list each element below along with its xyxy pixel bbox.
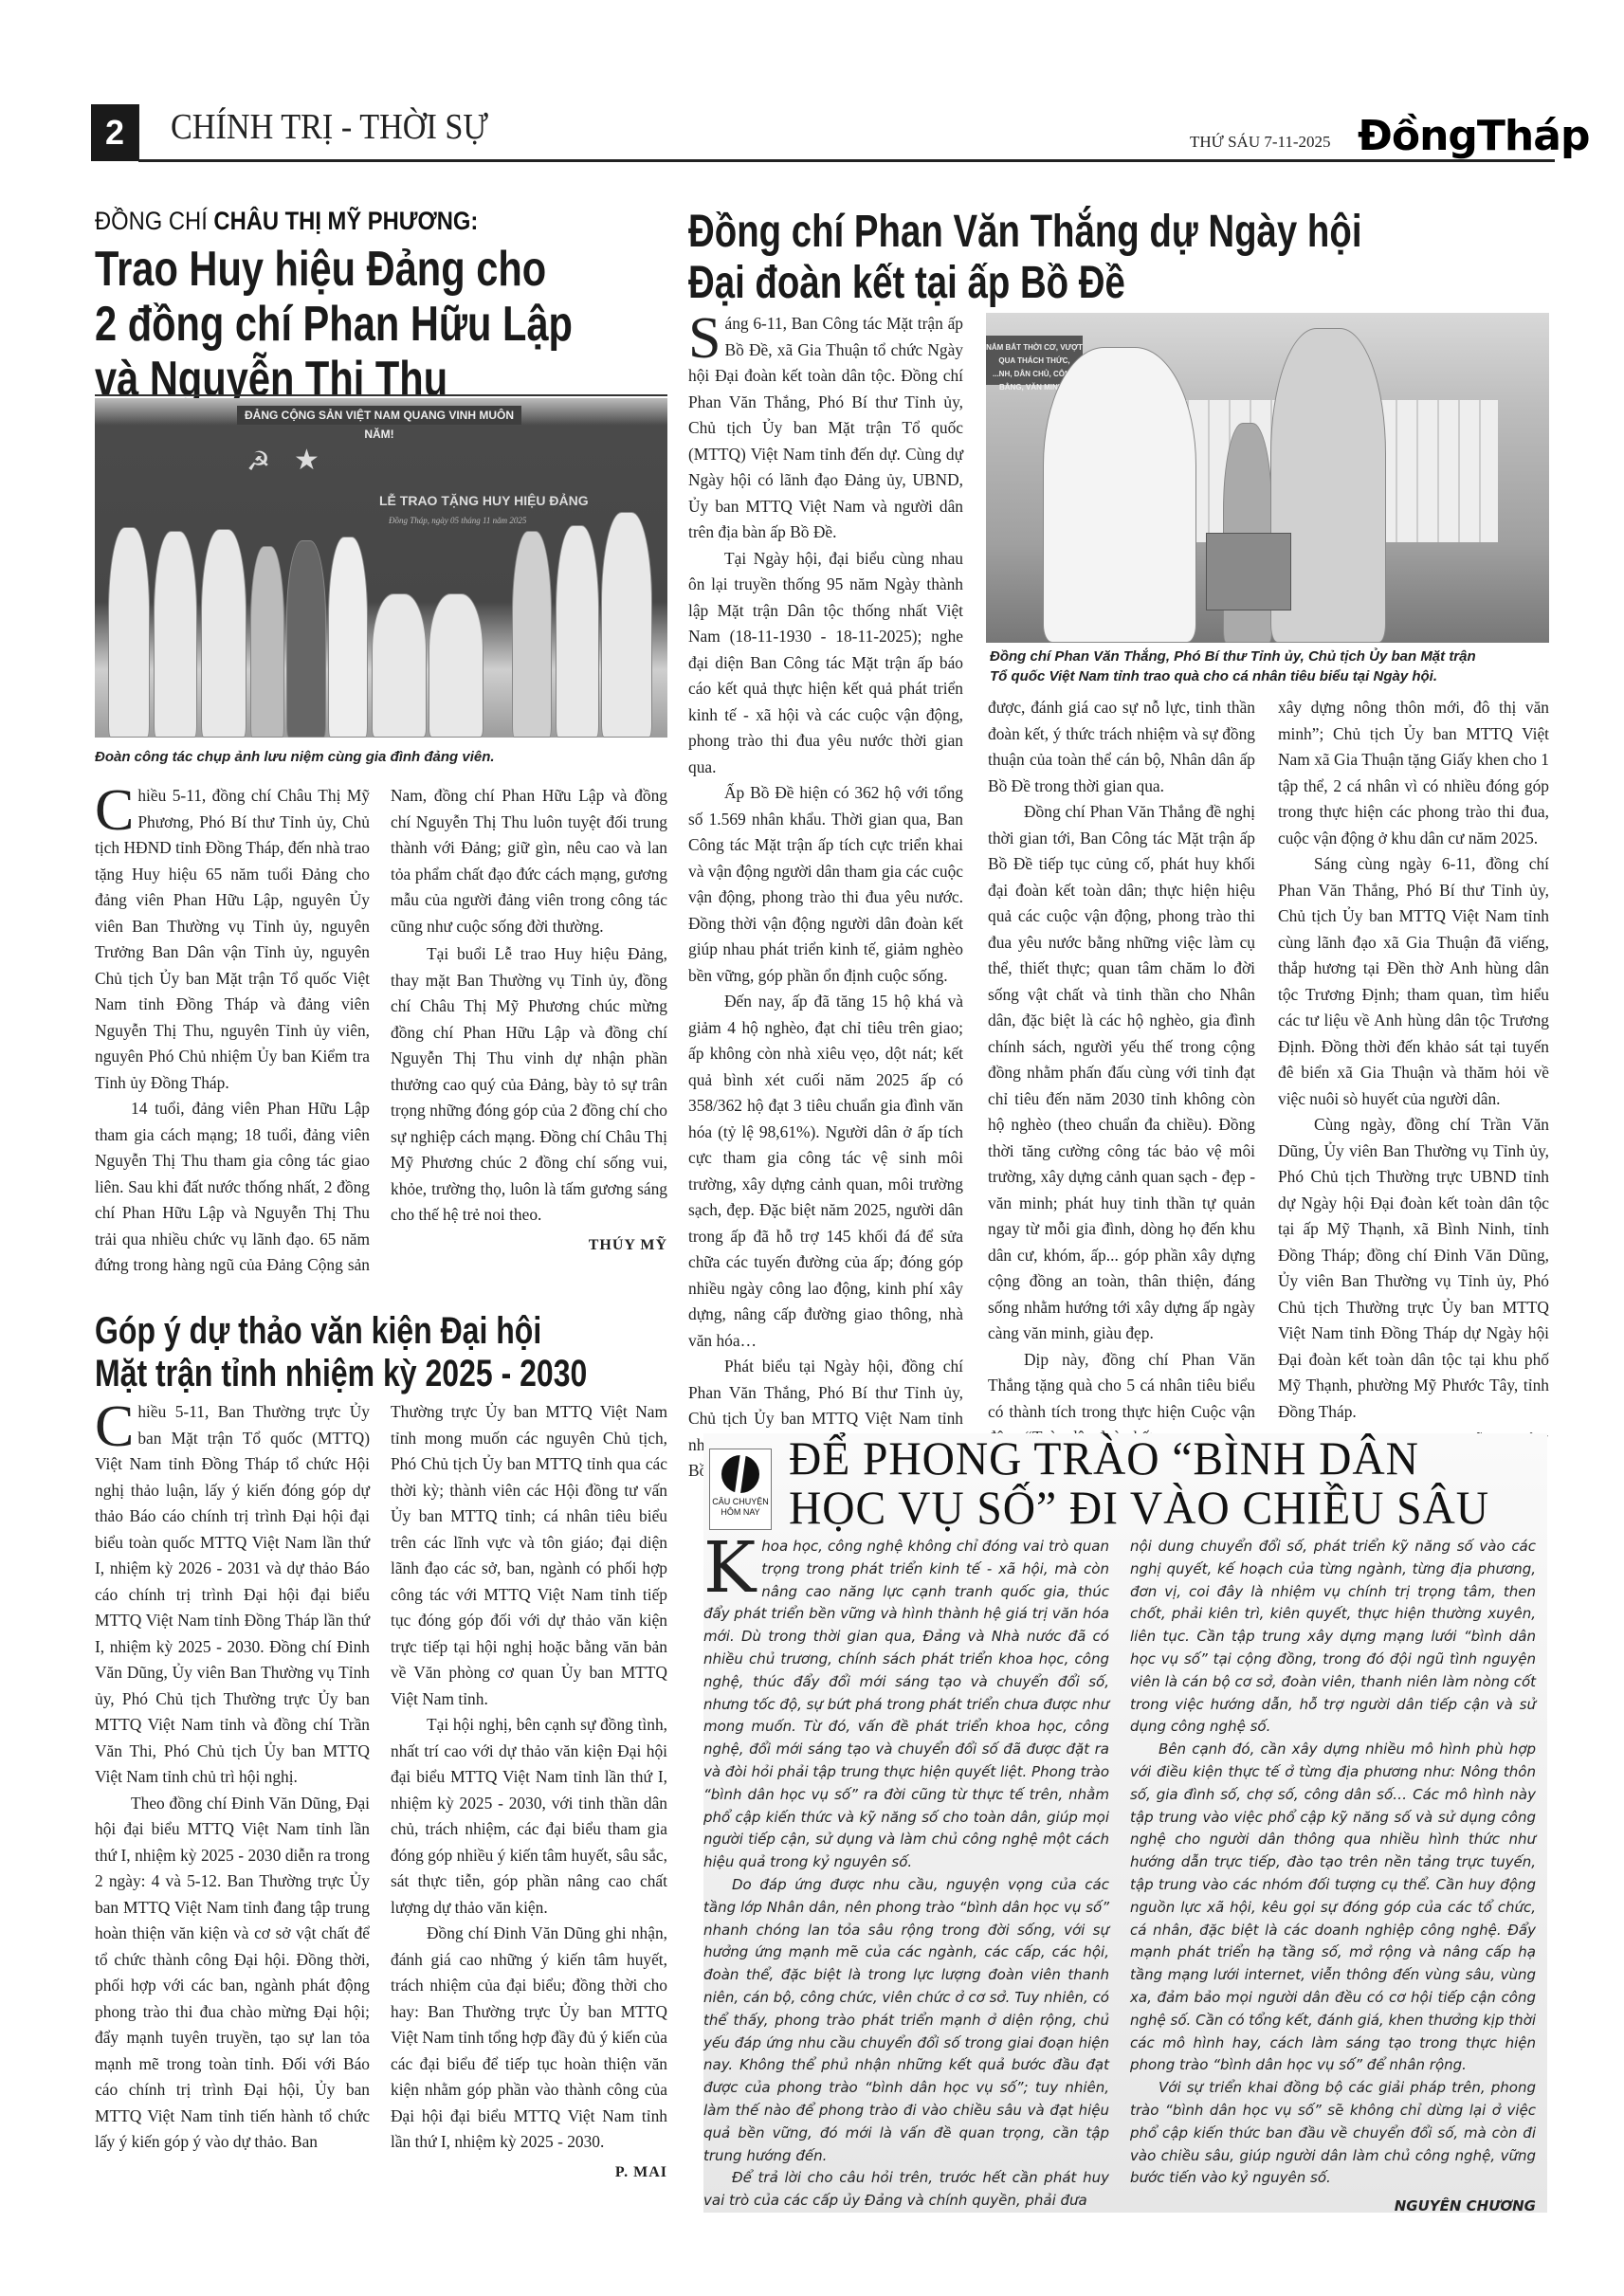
drop-cap: K <box>703 1538 756 1598</box>
paragraph: 14 tuổi, đảng viên Phan Hữu Lập tham gia… <box>95 1096 370 1276</box>
byline: THÚY MỸ <box>391 1232 667 1259</box>
paragraph-continued: Nam, đồng chí Phan Hữu Lập và đồng chí N… <box>391 783 667 941</box>
headline-line: HỌC VỤ SỐ” ĐI VÀO CHIỀU SÂU <box>789 1483 1489 1532</box>
header-divider <box>138 104 139 161</box>
star-icon: ★ <box>294 444 319 477</box>
paragraph: Đến nay, ấp đã tăng 15 hộ khá và giảm 4 … <box>688 989 963 1354</box>
header-rule <box>138 159 1555 162</box>
photo-banner: ĐẢNG CỘNG SẢN VIỆT NAM QUANG VINH MUÔN N… <box>237 406 521 425</box>
paragraph: Do đáp ứng được nhu cầu, nguyện vọng của… <box>703 1874 1109 2167</box>
person-figure <box>372 593 427 738</box>
paragraph: Bên cạnh đó, cần xây dựng nhiều mô hình … <box>1130 1739 1536 2077</box>
caption-line: Tổ quốc Việt Nam tỉnh trao quà cho cá nh… <box>990 666 1476 686</box>
article1-headline[interactable]: Trao Huy hiệu Đảng cho 2 đồng chí Phan H… <box>95 242 573 408</box>
headline-line: 2 đồng chí Phan Hữu Lập <box>95 297 573 352</box>
person-figure <box>429 593 484 738</box>
article2-photo[interactable]: NẮM BẮT THỜI CƠ, VƯỢT QUA THÁCH THỨC, ..… <box>986 313 1549 643</box>
headline-line: Trao Huy hiệu Đảng cho <box>95 242 573 297</box>
masthead-logo: ĐồngTháp <box>1358 112 1589 160</box>
article1-photo[interactable]: ĐẢNG CỘNG SẢN VIỆT NAM QUANG VINH MUÔN N… <box>95 398 667 738</box>
person-figure <box>601 512 652 738</box>
article1-column-2: Nam, đồng chí Phan Hữu Lập và đồng chí N… <box>391 783 667 1258</box>
article2-headline[interactable]: Đồng chí Phan Văn Thắng dự Ngày hội Đại … <box>688 207 1362 309</box>
person-figure <box>286 540 326 738</box>
person-figure <box>108 527 150 738</box>
paragraph: áng 6-11, Ban Công tác Mặt trận ấp Bồ Đề… <box>688 314 963 541</box>
logo-label-line: CÂU CHUYỆN <box>710 1497 771 1507</box>
paragraph: nội dung chuyển đổi số, phát triển kỹ nă… <box>1130 1536 1536 1739</box>
byline: P. MAI <box>391 2159 667 2186</box>
drop-cap: S <box>688 315 721 362</box>
paragraph: Để trả lời cho câu hỏi trên, trước hết c… <box>703 2167 1109 2213</box>
person-figure <box>250 546 284 738</box>
headline-line: Đại đoàn kết tại ấp Bồ Đề <box>688 258 1362 309</box>
article3-column-2: Thường trực Ủy ban MTTQ Việt Nam tỉnh mo… <box>391 1399 667 2185</box>
paragraph: xây dựng nông thôn mới, đô thị văn minh”… <box>1278 695 1549 851</box>
backdrop-date: Đồng Tháp, ngày 05 tháng 11 năm 2025 <box>389 516 526 525</box>
cau-chuyen-hom-nay-logo: CÂU CHUYỆN HÔM NAY <box>709 1449 772 1530</box>
paragraph: hoa học, công nghệ không chỉ đóng vai tr… <box>703 1538 1109 1870</box>
article4-column-2: nội dung chuyển đổi số, phát triển kỹ nă… <box>1130 1536 1536 2218</box>
person-figure <box>154 531 197 738</box>
headline-line: Mặt trận tỉnh nhiệm kỳ 2025 - 2030 <box>95 1353 587 1395</box>
paragraph: Ấp Bồ Đề hiện có 362 hộ với tổng số 1.56… <box>688 780 963 989</box>
article2-caption: Đồng chí Phan Văn Thắng, Phó Bí thư Tỉnh… <box>990 647 1476 686</box>
article3-column-1: Chiều 5-11, Ban Thường trực Ủy ban Mặt t… <box>95 1399 370 2156</box>
paragraph: Thường trực Ủy ban MTTQ Việt Nam tỉnh mo… <box>391 1399 667 1712</box>
logo-label: CÂU CHUYỆN HÔM NAY <box>710 1497 771 1518</box>
article1-caption: Đoàn công tác chụp ảnh lưu niệm cùng gia… <box>95 749 495 765</box>
article1-kicker: ĐỒNG CHÍ CHÂU THỊ MỸ PHƯƠNG: <box>95 207 478 236</box>
paragraph: Tại hội nghị, bên cạnh sự đồng tình, nhấ… <box>391 1712 667 1921</box>
paragraph: Sáng cùng ngày 6-11, đồng chí Phan Văn T… <box>1278 851 1549 1112</box>
paragraph: Tại buổi Lễ trao Huy hiệu Đảng, thay mặt… <box>391 941 667 1229</box>
byline: NGUYÊN CHƯƠNG <box>1130 2196 1536 2218</box>
paragraph: hiều 5-11, Ban Thường trực Ủy ban Mặt tr… <box>95 1402 370 1786</box>
page-number: 2 <box>91 104 138 161</box>
headline-line: Đồng chí Phan Văn Thắng dự Ngày hội <box>688 207 1362 258</box>
headline-line: ĐỂ PHONG TRÀO “BÌNH DÂN <box>789 1433 1489 1483</box>
backdrop-title: LỄ TRAO TẶNG HUY HIỆU ĐẢNG <box>379 493 589 508</box>
article4-headline[interactable]: ĐỂ PHONG TRÀO “BÌNH DÂN HỌC VỤ SỐ” ĐI VÀ… <box>789 1433 1489 1532</box>
paragraph: Tại Ngày hội, đại biểu cùng nhau ôn lại … <box>688 546 963 781</box>
official-figure <box>1043 347 1196 643</box>
drop-cap: C <box>95 1403 134 1450</box>
banner-line: NẮM BẮT THỜI CƠ, VƯỢT QUA THÁCH THỨC, <box>986 341 1083 368</box>
section-title: CHÍNH TRỊ - THỜI SỰ <box>171 106 488 148</box>
gift-box <box>1206 533 1291 610</box>
globe-pen-icon <box>721 1455 759 1493</box>
issue-date: THỨ SÁU 7-11-2025 <box>1190 133 1331 152</box>
headline-rule <box>95 394 667 396</box>
paragraph: được, đánh giá cao sự nỗ lực, tinh thần … <box>988 695 1255 799</box>
paragraph: Cùng ngày, đồng chí Trần Văn Dũng, Ủy vi… <box>1278 1112 1549 1425</box>
paragraph: Đồng chí Phan Văn Thắng đề nghị thời gia… <box>988 799 1255 1347</box>
article4-column-1: Khoa học, công nghệ không chỉ đóng vai t… <box>703 1536 1109 2213</box>
article3-headline[interactable]: Góp ý dự thảo văn kiện Đại hội Mặt trận … <box>95 1310 587 1395</box>
paragraph: Đồng chí Đinh Văn Dũng ghi nhận, đánh gi… <box>391 1921 667 2156</box>
hammer-sickle-icon: ☭ <box>246 446 270 478</box>
kicker-prefix: ĐỒNG CHÍ <box>95 207 208 235</box>
kicker-name: CHÂU THỊ MỸ PHƯƠNG: <box>213 207 478 235</box>
caption-line: Đồng chí Phan Văn Thắng, Phó Bí thư Tỉnh… <box>990 647 1476 666</box>
person-figure <box>201 529 246 738</box>
article2-column-2: được, đánh giá cao sự nỗ lực, tinh thần … <box>988 695 1255 1451</box>
article2-column-1: Sáng 6-11, Ban Công tác Mặt trận ấp Bồ Đ… <box>688 311 963 1485</box>
paragraph: Theo đồng chí Đinh Văn Dũng, Đại hội đại… <box>95 1791 370 2156</box>
paragraph: hiều 5-11, đồng chí Châu Thị Mỹ Phương, … <box>95 786 370 1092</box>
article2-column-3: xây dựng nông thôn mới, đô thị văn minh”… <box>1278 695 1549 1455</box>
logo-label-line: HÔM NAY <box>710 1507 771 1518</box>
article1-column-1: Chiều 5-11, đồng chí Châu Thị Mỹ Phương,… <box>95 783 370 1096</box>
person-figure <box>328 537 368 738</box>
article1-column-1b: 14 tuổi, đảng viên Phan Hữu Lập tham gia… <box>95 1096 370 1276</box>
drop-cap: C <box>95 787 134 834</box>
person-figure <box>556 525 599 738</box>
person-figure <box>512 531 552 738</box>
headline-line: Góp ý dự thảo văn kiện Đại hội <box>95 1310 587 1353</box>
paragraph: Với sự triển khai đồng bộ các giải pháp … <box>1130 2077 1536 2190</box>
